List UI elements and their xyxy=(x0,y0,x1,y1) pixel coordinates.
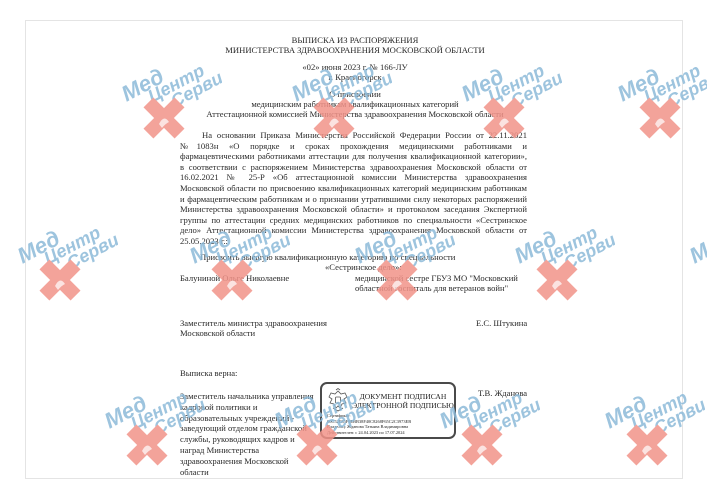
stamp-title: ДОКУМЕНТ ПОДПИСАН ЭЛЕКТРОННОЙ ПОДПИСЬЮ xyxy=(350,392,456,410)
coat-of-arms-emblem-icon xyxy=(327,388,349,412)
body-line: 16.02.2021 № 25-Р «Об аттестационной ком… xyxy=(180,172,527,183)
watermark-logo xyxy=(680,200,707,310)
body-line: группы по аттестации средних медицинских… xyxy=(180,215,527,226)
certificate-validity: Действителен: с 24.04.2023 по 17.07.2024 xyxy=(327,430,411,436)
stamp-title-line-2: ЭЛЕКТРОННОЙ ПОДПИСЬЮ xyxy=(350,401,456,410)
body-line: в соответствии с распоряжением Министерс… xyxy=(180,162,527,173)
stamp-title-line-1: ДОКУМЕНТ ПОДПИСАН xyxy=(350,392,456,401)
certifier-title-line: кадровой политики и xyxy=(180,402,314,413)
body-line: Московской области по присвоению квалифи… xyxy=(180,183,527,194)
certifier-title-line: заведующий отделом гражданской xyxy=(180,423,314,434)
body-line: дело» Аттестационной комиссии Министерст… xyxy=(180,225,527,236)
subject-line-3: Аттестационной комиссией Министерства зд… xyxy=(150,109,560,120)
body-line: На основании Приказа Министерства Россий… xyxy=(180,130,527,141)
stamp-meta: Сертификат: 00C52E85F9EBB38F40C8268F65C2… xyxy=(327,413,411,435)
body-line: Министерства здравоохранения Московской … xyxy=(180,204,527,215)
signer-title-1: Заместитель министра здравоохранения xyxy=(180,318,327,329)
city: г. Красногорск xyxy=(150,72,560,83)
specialty: «Сестринское дело»: xyxy=(325,262,402,273)
date-number: «02» июня 2023 г. № 166-ЛУ xyxy=(150,62,560,73)
body-line: №1083н «О порядке и сроках прохождения м… xyxy=(180,141,527,152)
signer-name: Е.С. Штукина xyxy=(476,318,527,329)
header-line-1: ВЫПИСКА ИЗ РАСПОРЯЖЕНИЯ xyxy=(150,35,560,46)
body-line: фармацевтическими работниками аттестации… xyxy=(180,151,527,162)
signer-title-2: Московской области xyxy=(180,328,255,339)
header-line-2: МИНИСТЕРСТВА ЗДРАВООХРАНЕНИЯ МОСКОВСКОЙ … xyxy=(150,45,560,56)
certifier-title-line: образовательных учреждений - xyxy=(180,413,314,424)
certifier-title-line: области xyxy=(180,467,314,478)
certifier-title: Заместитель начальника управления кадров… xyxy=(180,391,314,477)
certifier-title-line: наград Министерства xyxy=(180,445,314,456)
body-line: и фармацевтическим работникам и о призна… xyxy=(180,194,527,205)
recipient-position-2: областной госпиталь для ветеранов войн" xyxy=(355,283,508,294)
subject-line-1: О присвоении xyxy=(150,89,560,100)
certifier-title-line: Заместитель начальника управления xyxy=(180,391,314,402)
body-line: 25.05.2023 г.: xyxy=(180,236,527,247)
certifier-title-line: службы, руководящих кадров и xyxy=(180,434,314,445)
recipient-position-1: медицинской сестре ГБУЗ МО "Московский xyxy=(355,273,518,284)
certifier-title-line: здравоохранения Московской xyxy=(180,456,314,467)
certificate-owner: Владелец: Жданова Татьяна Владимировна xyxy=(327,424,411,430)
body-paragraph: На основании Приказа Министерства Россий… xyxy=(180,130,527,247)
recipient-name: Балуниной Ольге Николаевне xyxy=(180,273,289,284)
extract-true-label: Выписка верна: xyxy=(180,368,237,379)
subject-line-2: медицинским работникам квалификационных … xyxy=(150,99,560,110)
assign-line: Присвоить высшую квалификационную катего… xyxy=(200,252,455,263)
electronic-signature-stamp: ДОКУМЕНТ ПОДПИСАН ЭЛЕКТРОННОЙ ПОДПИСЬЮ С… xyxy=(320,382,456,439)
certifier-name: Т.В. Жданова xyxy=(478,388,527,399)
